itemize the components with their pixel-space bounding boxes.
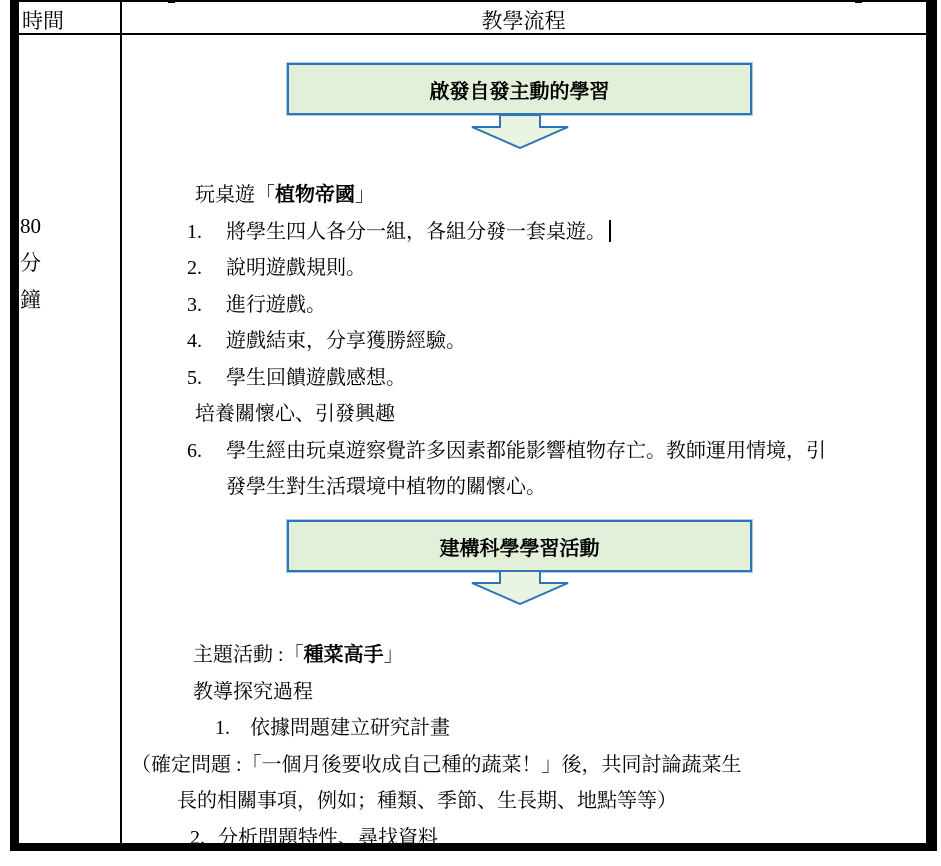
item-text: 依據問題建立研究計畫 <box>250 717 450 739</box>
top-tick-mark-left <box>168 0 175 3</box>
parenthetical-line: （確定問題 :「一個月後要收成自己種的蔬菜！」後，共同討論蔬菜生 <box>121 747 933 784</box>
time-unit-2: 鐘 <box>20 282 41 319</box>
list-item: 4.遊戲結束，分享獲勝經驗。 <box>121 323 933 360</box>
item-number: 6. <box>187 433 226 470</box>
item-text: 遊戲結束，分享獲勝經驗。 <box>226 330 466 352</box>
item-number: 2. <box>187 250 226 287</box>
flow-box-construct-science-learning: 建構科學學習活動 <box>287 520 752 572</box>
list-item: 2.分析問題特性、尋找資料 <box>121 820 933 857</box>
down-arrow-icon <box>470 114 570 149</box>
flow-box-initiate-learning: 啟發自發主動的學習 <box>287 63 752 115</box>
header-cell-time: 時間 <box>22 5 64 35</box>
list-item: 1.將學生四人各分一組，各組分發一套桌遊。 <box>121 214 933 251</box>
lesson-plan-page: 時間 教學流程 80 分 鐘 啟發自發主動的學習 玩桌遊「植物帝國」 1.將學生… <box>0 0 941 866</box>
list-item: 2.說明遊戲規則。 <box>121 250 933 287</box>
flow-box-2-label: 建構科學學習活動 <box>440 532 600 561</box>
item-number: 1. <box>215 710 250 747</box>
item-text: 分析問題特性、尋找資料 <box>218 827 438 849</box>
time-unit-1: 分 <box>20 245 41 282</box>
theme-title-line: 主題活動 :「種菜高手」 <box>121 637 933 674</box>
section-boardgame-activity: 玩桌遊「植物帝國」 1.將學生四人各分一組，各組分發一套桌遊。 2.說明遊戲規則… <box>121 177 933 506</box>
item-text: 將學生四人各分一組，各組分發一套桌遊。 <box>226 221 606 243</box>
item-text: 說明遊戲規則。 <box>226 257 366 279</box>
theme-activity-title: 種菜高手 <box>304 644 384 666</box>
header-cell-flow: 教學流程 <box>121 5 926 35</box>
item-text: 學生回饋遊戲感想。 <box>226 367 406 389</box>
item-number: 2. <box>190 820 218 857</box>
item-number: 3. <box>187 287 226 324</box>
note-line: 培養關懷心、引發興趣 <box>121 396 933 433</box>
intro-prefix: 玩桌遊「 <box>195 184 275 206</box>
top-tick-mark-right <box>855 0 862 3</box>
list-item: 1.依據問題建立研究計畫 <box>121 710 933 747</box>
flow-box-1-label: 啟發自發主動的學習 <box>430 75 610 104</box>
text-cursor <box>609 220 611 242</box>
list-item-continuation: 發學生對生活環境中植物的關懷心。 <box>121 469 933 506</box>
parenthetical-line-continuation: 長的相關事項，例如；種類、季節、生長期、地點等等） <box>121 783 933 820</box>
time-value: 80 <box>20 208 41 245</box>
list-item: 3.進行遊戲。 <box>121 287 933 324</box>
item-number: 1. <box>187 214 226 251</box>
time-cell: 80 分 鐘 <box>20 208 41 319</box>
boardgame-title: 植物帝國 <box>275 184 355 206</box>
list-item: 6.學生經由玩桌遊察覺許多因素都能影響植物存亡。教師運用情境，引 <box>121 433 933 470</box>
item-number: 4. <box>187 323 226 360</box>
list-item: 5.學生回饋遊戲感想。 <box>121 360 933 397</box>
down-arrow-icon <box>470 570 570 605</box>
process-line: 教導探究過程 <box>121 674 933 711</box>
item-number: 5. <box>187 360 226 397</box>
section-theme-activity: 主題活動 :「種菜高手」 教導探究過程 1.依據問題建立研究計畫 （確定問題 :… <box>121 637 933 856</box>
item-text: 學生經由玩桌遊察覺許多因素都能影響植物存亡。教師運用情境，引 <box>226 440 826 462</box>
intro-suffix: 」 <box>355 184 375 206</box>
title-prefix: 主題活動 :「 <box>193 644 304 666</box>
boardgame-intro-line: 玩桌遊「植物帝國」 <box>121 177 933 214</box>
item-text: 進行遊戲。 <box>226 294 326 316</box>
title-suffix: 」 <box>384 644 404 666</box>
